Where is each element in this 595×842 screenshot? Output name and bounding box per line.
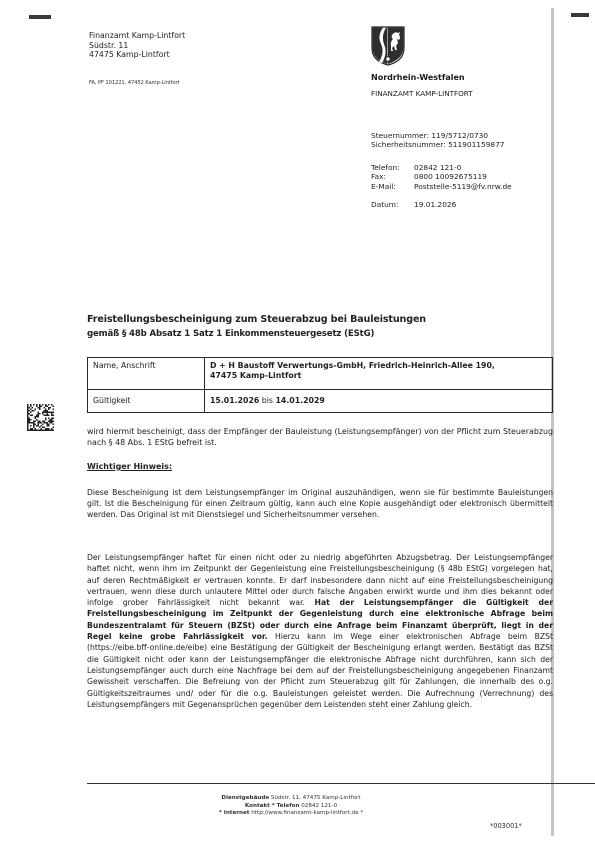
- document-title: Freistellungsbescheinigung zum Steuerabz…: [87, 313, 426, 341]
- tax-number-value: 119/5712/0730: [431, 131, 488, 140]
- phone-value: 02842 121-0: [414, 163, 461, 172]
- footer-building: Dienstgebäude Südstr. 11, 47475 Kamp-Lin…: [87, 795, 495, 803]
- phone-row: Telefon: 02842 121-0: [371, 163, 512, 172]
- security-number-row: Sicherheitsnummer: 511901159877: [371, 140, 505, 149]
- datamatrix-code-icon: [27, 404, 54, 431]
- footer-contact-value: 02842 121-0: [299, 803, 337, 809]
- certificate-details-table: Name, Anschrift D + H Baustoff Verwertun…: [87, 357, 553, 413]
- scan-edge-bar: [551, 8, 554, 836]
- footer-building-label: Dienstgebäude: [221, 795, 269, 801]
- sender-city: 47475 Kamp-Lintfort: [89, 50, 185, 60]
- table-row-name-address: Name, Anschrift D + H Baustoff Verwertun…: [88, 358, 553, 390]
- date-value: 19.01.2026: [414, 200, 456, 209]
- security-number-value: 511901159877: [448, 140, 504, 149]
- date-label: Datum:: [371, 200, 414, 209]
- footer-internet-label: * Internet: [219, 810, 250, 816]
- table-row-validity: Gültigkeit 15.01.2026 bis 14.01.2029: [88, 390, 553, 413]
- name-address-line1: D + H Baustoff Verwertungs-GmbH, Friedri…: [210, 361, 547, 371]
- footer-building-value: Südstr. 11, 47475 Kamp-Lintfort: [269, 795, 360, 801]
- fax-row: Fax: 0800 10092675119: [371, 172, 512, 181]
- date-row: Datum: 19.01.2026: [371, 200, 456, 209]
- office-name: FINANZAMT KAMP-LINTFORT: [371, 89, 473, 98]
- phone-label: Telefon:: [371, 163, 414, 172]
- document-title-line2: gemäß § 48b Absatz 1 Satz 1 Einkommenste…: [87, 327, 426, 341]
- scan-mark-left: [29, 15, 51, 19]
- sender-name: Finanzamt Kamp-Lintfort: [89, 31, 185, 41]
- fax-value: 0800 10092675119: [414, 172, 487, 181]
- tax-identifiers: Steuernummer: 119/5712/0730 Sicherheitsn…: [371, 131, 505, 149]
- contact-block: Telefon: 02842 121-0 Fax: 0800 100926751…: [371, 163, 512, 191]
- security-number-label: Sicherheitsnummer:: [371, 140, 446, 149]
- state-name: Nordrhein-Westfalen: [371, 73, 465, 82]
- sender-street: Südstr. 11: [89, 41, 185, 51]
- tax-number-label: Steuernummer:: [371, 131, 429, 140]
- email-row: E-Mail: Poststelle-5119@fv.nrw.de: [371, 182, 512, 191]
- hint-heading: Wichtiger Hinweis:: [87, 462, 172, 471]
- nrw-coat-of-arms-icon: [371, 26, 405, 66]
- hint-paragraph-1: Diese Bescheinigung ist dem Leistungsemp…: [87, 487, 553, 521]
- validity-from: 15.01.2026: [210, 396, 259, 405]
- footer-contact: Kontakt * Telefon 02842 121-0: [87, 803, 495, 811]
- document-title-line1: Freistellungsbescheinigung zum Steuerabz…: [87, 313, 426, 327]
- validity-label: Gültigkeit: [88, 390, 205, 413]
- sender-address: Finanzamt Kamp-Lintfort Südstr. 11 47475…: [89, 31, 185, 60]
- footer-internet-value: http://www.finanzamt-kamp-lintfort.de *: [249, 810, 363, 816]
- footer-divider: [87, 783, 595, 784]
- name-address-line2: 47475 Kamp-Lintfort: [210, 371, 547, 381]
- certification-statement: wird hiermit bescheinigt, dass der Empfä…: [87, 426, 553, 449]
- return-address-line: FA, PF 101221, 47452 Kamp-Lintfort: [89, 80, 180, 86]
- validity-value: 15.01.2026 bis 14.01.2029: [205, 390, 553, 413]
- name-address-value: D + H Baustoff Verwertungs-GmbH, Friedri…: [205, 358, 553, 390]
- validity-separator: bis: [259, 396, 275, 405]
- tax-number-row: Steuernummer: 119/5712/0730: [371, 131, 505, 140]
- validity-to: 14.01.2029: [275, 396, 324, 405]
- hint-paragraph-2-part2: Hierzu kann im Wege einer elektronischen…: [87, 632, 553, 709]
- email-label: E-Mail:: [371, 182, 414, 191]
- footer-internet: * Internet http://www.finanzamt-kamp-lin…: [87, 810, 495, 818]
- fax-label: Fax:: [371, 172, 414, 181]
- name-address-label: Name, Anschrift: [88, 358, 205, 390]
- email-value: Poststelle-5119@fv.nrw.de: [414, 182, 512, 191]
- footer-contact-label: Kontakt * Telefon: [245, 803, 300, 809]
- footer: Dienstgebäude Südstr. 11, 47475 Kamp-Lin…: [87, 795, 495, 818]
- scan-mark-right: [571, 13, 589, 17]
- document-number: *003001*: [490, 822, 522, 830]
- hint-paragraph-2: Der Leistungsempfänger haftet für einen …: [87, 552, 553, 710]
